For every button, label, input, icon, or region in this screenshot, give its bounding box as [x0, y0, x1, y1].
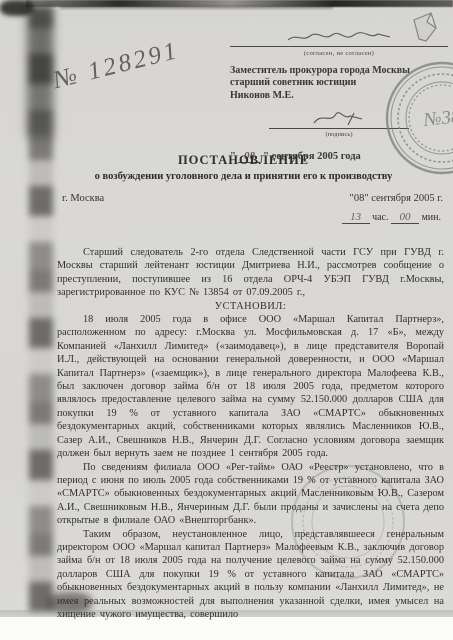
scan-top-edge-artifact-2 [60, 6, 333, 9]
title-block: ПОСТАНОВЛЕНИЕ о возбуждении уголовного д… [40, 153, 447, 182]
finding-paragraph-1: 18 июля 2005 года в офисе ООО «Маршал Ка… [57, 313, 444, 460]
approval-decision-signature [230, 30, 448, 47]
intro-paragraph: Старший следователь 2-го отдела Следстве… [57, 246, 444, 300]
hour-unit-label: час. [372, 212, 388, 223]
finding-paragraph-3: Таким образом, неустановленное лицо, пре… [57, 528, 444, 622]
finding-paragraph-2: По сведениям филиала ООО «Рег-тайм» ОАО … [57, 461, 444, 528]
scanned-document-page: № 128291 (согласен, не согласен) Замести… [0, 0, 453, 640]
handwritten-minute: 00 [391, 211, 419, 224]
handwritten-registration-number: № 128291 [51, 37, 183, 95]
document-date: "08" сентября 2005 г. [350, 193, 443, 204]
handwritten-hour: 13 [342, 211, 370, 224]
decision-scrawl-icon [284, 30, 394, 44]
minute-unit-label: мин. [421, 212, 441, 223]
scan-left-smudge-top [27, 8, 53, 138]
time-row: 13 час. 00 мин. [342, 211, 441, 224]
stamp-number: №38 [422, 106, 453, 131]
signature-scrawl-icon [310, 110, 368, 127]
finding-heading: УСТАНОВИЛ: [57, 300, 444, 313]
document-subtitle: о возбуждении уголовного дела и принятии… [40, 171, 447, 182]
document-place: г. Москва [62, 193, 104, 204]
document-body: Старший следователь 2-го отдела Следстве… [57, 246, 444, 621]
document-title: ПОСТАНОВЛЕНИЕ [40, 153, 447, 168]
